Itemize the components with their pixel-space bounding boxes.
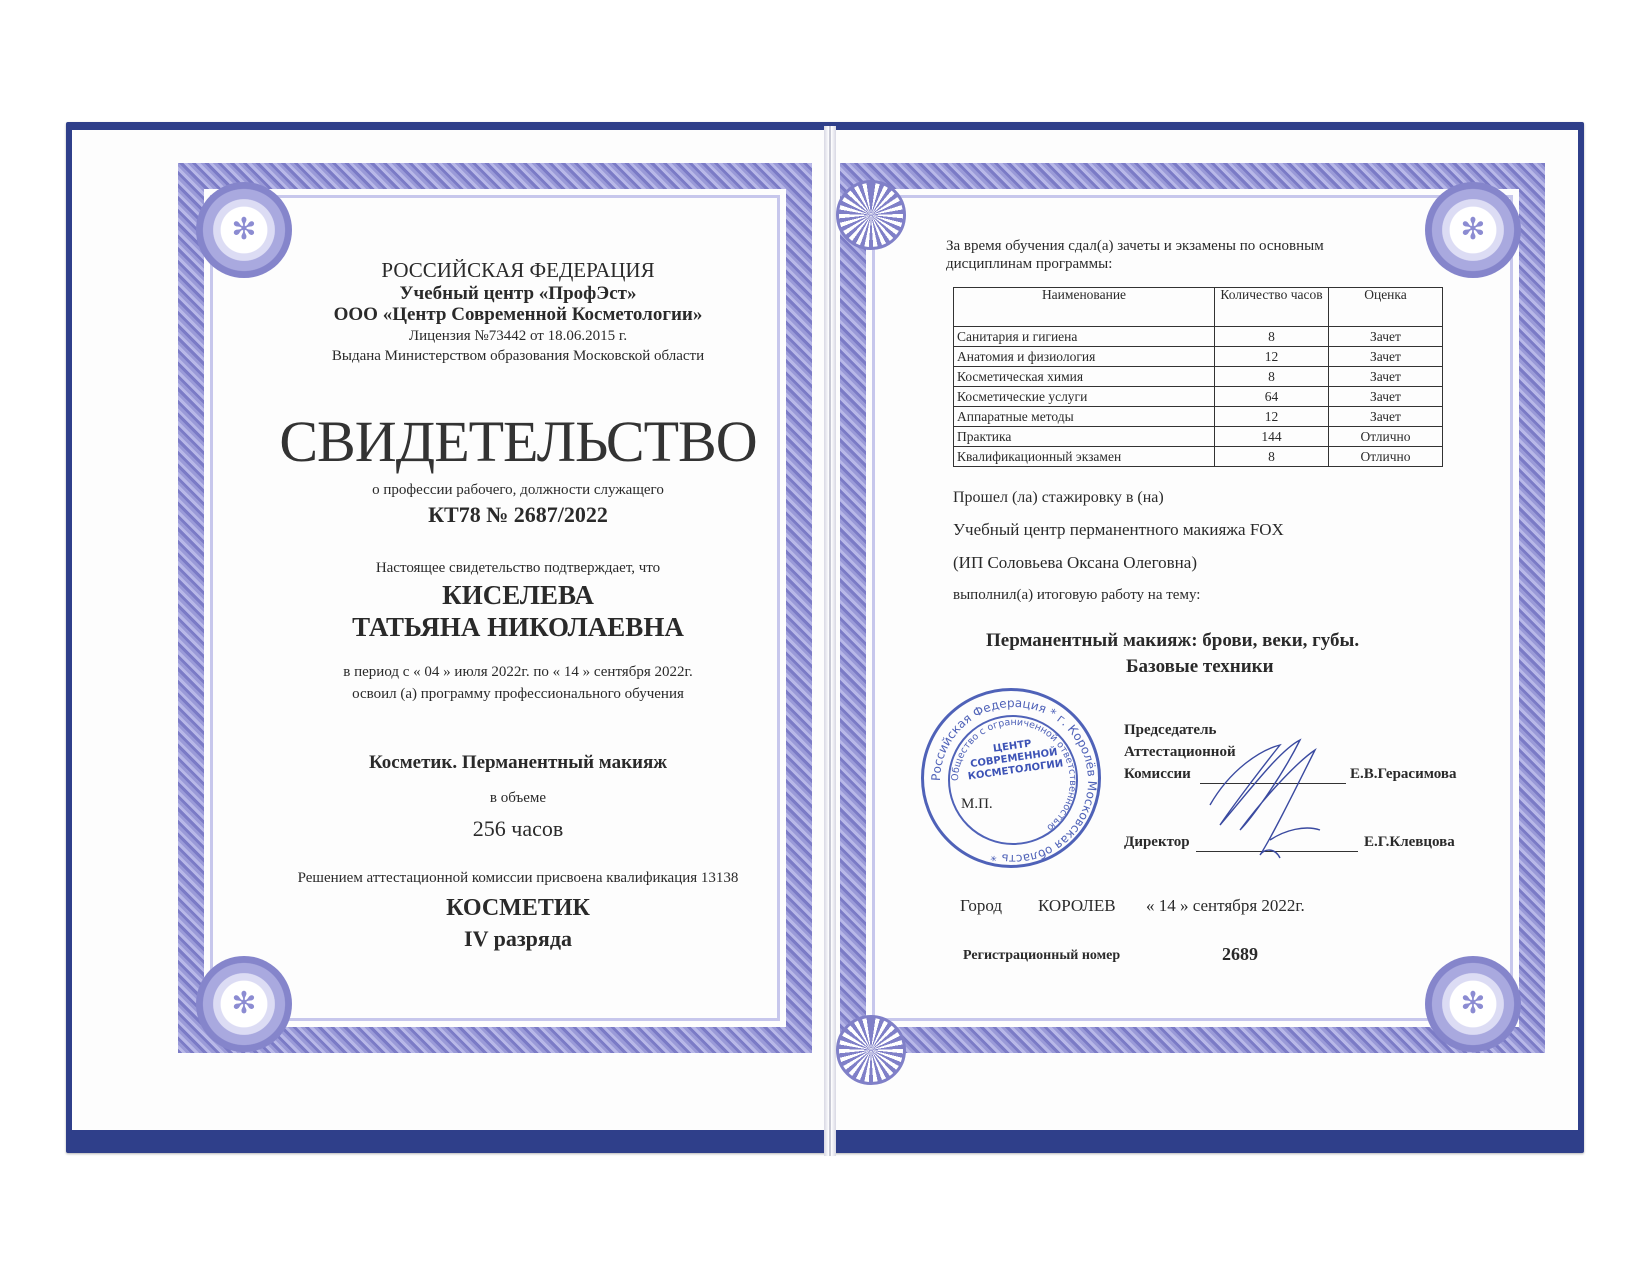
final-work-label: выполнил(а) итоговую работу на тему: xyxy=(953,587,1200,604)
table-row: Анатомия и физиология12Зачет xyxy=(954,347,1443,367)
column-header-mark: Оценка xyxy=(1329,288,1443,327)
internship-organization: Учебный центр перманентного макияжа FOX xyxy=(953,520,1284,540)
subject-mark: Зачет xyxy=(1329,387,1443,407)
subject-mark: Зачет xyxy=(1329,367,1443,387)
organization-name: ООО «Центр Современной Косметологии» xyxy=(248,304,788,326)
medallion-icon xyxy=(836,180,906,250)
medallion-icon xyxy=(836,1015,906,1085)
issue-date: « 14 » сентября 2022г. xyxy=(1146,896,1305,916)
license-issuer: Выдана Министерством образования Московс… xyxy=(248,348,788,365)
subject-hours: 8 xyxy=(1215,447,1329,467)
column-header-hours: Количество часов xyxy=(1215,288,1329,327)
subject-hours: 64 xyxy=(1215,387,1329,407)
city-name: КОРОЛЕВ xyxy=(1038,896,1116,916)
internship-label: Прошел (ла) стажировку в (на) xyxy=(953,489,1164,507)
document-title: СВИДЕТЕЛЬСТВО xyxy=(248,408,788,475)
table-row: Практика144Отлично xyxy=(954,427,1443,447)
holder-surname: КИСЕЛЕВА xyxy=(248,580,788,611)
table-row: Косметическая химия8Зачет xyxy=(954,367,1443,387)
holder-given-names: ТАТЬЯНА НИКОЛАЕВНА xyxy=(248,612,788,643)
program-hours: 256 часов xyxy=(248,816,788,842)
subject-hours: 8 xyxy=(1215,327,1329,347)
table-row: Санитария и гигиена8Зачет xyxy=(954,327,1443,347)
seal-place-mark: М.П. xyxy=(961,796,993,813)
subject-name: Анатомия и физиология xyxy=(954,347,1215,367)
qualification-grade: IV разряда xyxy=(248,926,788,952)
subject-name: Аппаратные методы xyxy=(954,407,1215,427)
rosette-icon: ✻ xyxy=(1425,182,1521,278)
organization-seal: Российская Федерация * г. Королёв Москов… xyxy=(921,688,1101,868)
subject-name: Квалификационный экзамен xyxy=(954,447,1215,467)
subject-mark: Зачет xyxy=(1329,327,1443,347)
subject-name: Санитария и гигиена xyxy=(954,327,1215,347)
city-label: Город xyxy=(960,896,1002,916)
rosette-icon: ✻ xyxy=(1425,956,1521,1052)
document-subtitle: о профессии рабочего, должности служащег… xyxy=(248,482,788,499)
volume-label: в объеме xyxy=(248,790,788,807)
subject-hours: 8 xyxy=(1215,367,1329,387)
study-period: в период с « 04 » июля 2022г. по « 14 » … xyxy=(248,664,788,681)
chair-label-3: Комиссии xyxy=(1124,766,1191,783)
subject-hours: 12 xyxy=(1215,407,1329,427)
registration-label: Регистрационный номер xyxy=(963,948,1120,964)
table-row: Косметические услуги64Зачет xyxy=(954,387,1443,407)
subject-hours: 12 xyxy=(1215,347,1329,367)
spine-thread xyxy=(829,126,831,1156)
confirms-text: Настоящее свидетельство подтверждает, чт… xyxy=(248,560,788,577)
subjects-table: Наименование Количество часов Оценка Сан… xyxy=(953,287,1443,467)
decision-text: Решением аттестационной комиссии присвое… xyxy=(248,870,788,887)
internship-owner: (ИП Соловьева Оксана Олеговна) xyxy=(953,553,1197,573)
table-row: Аппаратные методы12Зачет xyxy=(954,407,1443,427)
handwritten-signature xyxy=(1190,730,1340,870)
qualification: КОСМЕТИК xyxy=(248,895,788,922)
subject-mark: Зачет xyxy=(1329,407,1443,427)
table-header-row: Наименование Количество часов Оценка xyxy=(954,288,1443,327)
country-heading: РОССИЙСКАЯ ФЕДЕРАЦИЯ xyxy=(248,258,788,283)
subject-mark: Зачет xyxy=(1329,347,1443,367)
table-row: Квалификационный экзамен8Отлично xyxy=(954,447,1443,467)
final-work-theme-line2: Базовые техники xyxy=(1126,656,1274,678)
subjects-intro-line1: За время обучения сдал(а) зачеты и экзам… xyxy=(946,238,1324,255)
program-name: Косметик. Перманентный макияж xyxy=(248,752,788,774)
subject-mark: Отлично xyxy=(1329,427,1443,447)
subject-name: Косметические услуги xyxy=(954,387,1215,407)
rosette-icon: ✻ xyxy=(196,956,292,1052)
license-info: Лицензия №73442 от 18.06.2015 г. xyxy=(248,328,788,345)
registration-number: 2689 xyxy=(1222,944,1258,965)
director-label: Директор xyxy=(1124,834,1190,851)
subject-hours: 144 xyxy=(1215,427,1329,447)
chair-name: Е.В.Герасимова xyxy=(1350,766,1456,783)
mastered-text: освоил (а) программу профессионального о… xyxy=(248,686,788,703)
document-number: КТ78 № 2687/2022 xyxy=(248,502,788,528)
subjects-intro-line2: дисциплинам программы: xyxy=(946,256,1112,273)
director-name: Е.Г.Клевцова xyxy=(1364,834,1455,851)
training-center-name: Учебный центр «ПрофЭст» xyxy=(248,283,788,305)
final-work-theme-line1: Перманентный макияж: брови, веки, губы. xyxy=(986,630,1359,652)
column-header-name: Наименование xyxy=(954,288,1215,327)
subject-mark: Отлично xyxy=(1329,447,1443,467)
subject-name: Практика xyxy=(954,427,1215,447)
subject-name: Косметическая химия xyxy=(954,367,1215,387)
